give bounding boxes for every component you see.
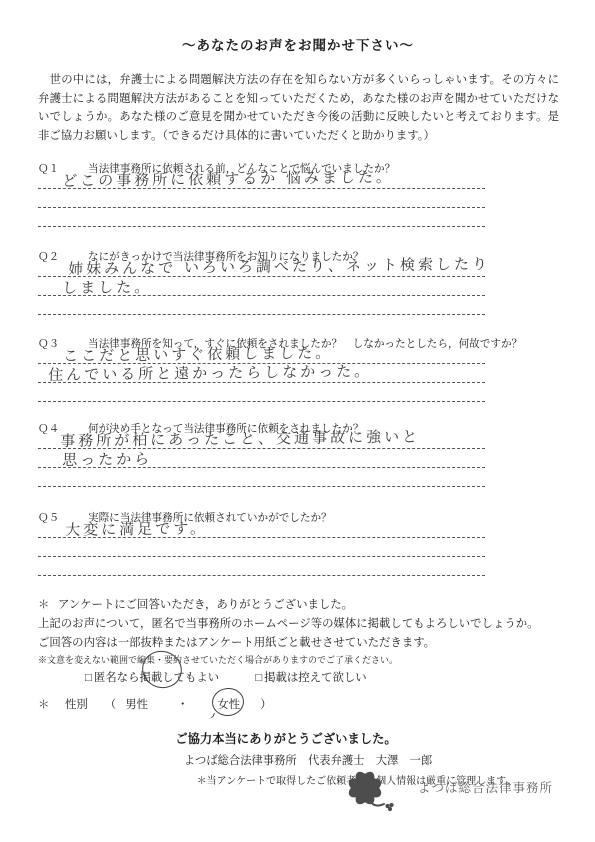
dotted-line [38,468,485,487]
hand-drawn-circle [211,686,246,717]
footer-firm-line: よつば総合法律事務所 代表弁護士 大澤 一郎 [48,752,568,768]
dotted-line: しました。 [38,277,485,296]
checkbox-icon: □ [85,672,92,684]
question-block-5: Ｑ５実際に当法律事務所に依頼されていかがでしたか？ 大変に満足です。 [38,512,485,576]
firm-logo: よつば総合法律事務所 [342,768,553,814]
consent-small-note: ※文意を変えない範囲で編集・要約させていただく場合がありますのでご了承ください。 [38,654,558,666]
footer-thank-you: ご協力本当にありがとうございました。 [26,729,546,747]
consent-thanks-line: ＊アンケートにご回答いただき，ありがとうございました。 [38,596,558,615]
checkbox-icon: □ [255,672,262,684]
question-block-4: Ｑ４何が決め手となって当法律事務所に依頼をされましたか？ 事務所が柏にあったこと… [38,423,485,487]
gender-label: 性別 [65,699,88,711]
option-decline-publish: □掲載は控えて欲しい [255,669,366,688]
close-paren: ） [260,699,271,711]
pen-mark [208,711,215,719]
handwritten-answer: 思ったから [62,448,152,470]
open-paren: （ [105,699,116,711]
answer-area: 大変に満足です。 [38,526,485,576]
dotted-line: 思ったから [38,449,485,468]
consent-line-3: ご回答の内容は一部抜粋またはアンケート用紙ごと載せさせていただきます。 [38,634,558,653]
dotted-line: 大変に満足です。 [38,526,485,538]
dot-separator: ・ [177,699,188,711]
consent-line-2: 上記のお声について，匿名で当事務所のホームページ等の媒体に掲載してもよろしいでし… [38,615,558,634]
answer-area: 事務所が柏にあったこと、交通事故に強いと 思ったから [38,437,485,487]
page-title: ～あなたのお声をお聞かせ下さい～ [38,34,558,54]
question-block-3: Ｑ３当法律事務所を知って，すぐに依頼をされましたか？ しなかったとしたら，何故で… [38,338,485,402]
dotted-line [38,208,485,227]
publish-options-row: □匿名なら掲載してもよい □掲載は控えて欲しい [38,669,558,688]
asterisk-marker: ＊ [38,696,65,712]
dotted-line [38,383,485,402]
handwritten-answer: 住んでいる所と遠かったらしなかった。 [48,360,372,385]
four-leaf-clover-icon [342,768,394,814]
consent-section: ＊アンケートにご回答いただき，ありがとうございました。 上記のお声について，匿名… [38,596,558,687]
questionnaire-sheet: ～あなたのお声をお聞かせ下さい～ 世の中には，弁護士による問題解決方法の存在を知… [0,0,595,842]
answer-area: 姉妹みんなで いろいろ調べたり、ネット検索したり しました。 [38,265,485,315]
asterisk-marker: ＊ [38,596,58,615]
gender-section: ＊性別（男性・女性） [38,696,558,712]
dotted-line [38,296,485,315]
dotted-line [38,557,485,576]
option-label: 掲載は控えて欲しい [264,672,367,684]
handwritten-answer: 大変に満足です。 [65,518,208,541]
handwritten-answer: どこの事務所に依頼するか 悩みました。 [62,166,394,191]
dotted-line: 住んでいる所と遠かったらしなかった。 [38,364,485,383]
dotted-line [38,189,485,208]
answer-area: ここだと思いすぐ依頼しました。 住んでいる所と遠かったらしなかった。 [38,352,485,402]
intro-paragraph: 世の中には，弁護士による問題解決方法の存在を知らない方が多くいらっしゃいます。そ… [38,71,559,145]
gender-option-male: 男性 [125,699,148,711]
firm-logo-text: よつば総合法律事務所 [418,778,553,796]
question-block-1: Ｑ１当法律事務所に依頼される前，どんなことで悩んでいましたか？ どこの事務所に依… [38,163,485,227]
question-block-2: Ｑ２なにがきっかけで当法律事務所をお知りになりましたか？ 姉妹みんなで いろいろ… [38,251,485,315]
dotted-line [38,538,485,557]
handwritten-answer: しました。 [62,276,152,298]
answer-area: どこの事務所に依頼するか 悩みました。 [38,177,485,227]
consent-thanks-text: アンケートにご回答いただき，ありがとうございました。 [58,599,353,611]
dotted-line: どこの事務所に依頼するか 悩みました。 [38,177,485,189]
